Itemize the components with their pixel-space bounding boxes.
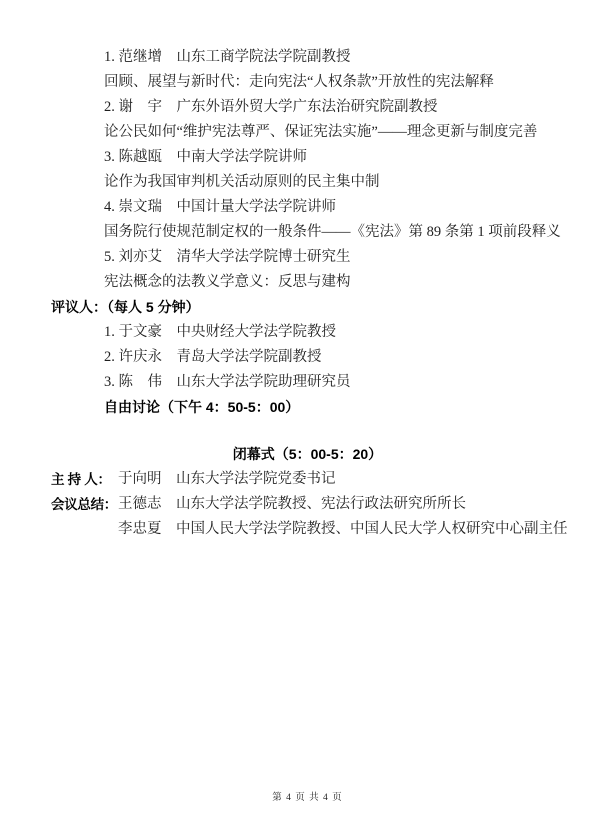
closing-row-text: 王德志 山东大学法学院教授、宪法行政法研究所所长 — [118, 492, 615, 517]
presentation-speaker-line: 3. 陈越瓯 中南大学法学院讲师 — [0, 145, 615, 170]
page-number-footer: 第 4 页 共 4 页 — [0, 792, 615, 804]
presentation-title-line: 宪法概念的法教义学意义：反思与建构 — [0, 270, 615, 295]
closing-row-label: 主 持 人： — [51, 467, 118, 492]
commentator-line: 3. 陈 伟 山东大学法学院助理研究员 — [0, 370, 615, 395]
commentators-heading: 评议人：（每人 5 分钟） — [0, 295, 615, 320]
presentation-title-line: 论作为我国审判机关活动原则的民主集中制 — [0, 170, 615, 195]
presentation-speaker-line: 2. 谢 宇 广东外语外贸大学广东法治研究院副教授 — [0, 95, 615, 120]
closing-row-label — [51, 517, 118, 542]
closing-row-summary-second: 李忠夏 中国人民大学法学院教授、中国人民大学人权研究中心副主任 — [0, 517, 615, 542]
closing-row-text: 于向明 山东大学法学院党委书记 — [118, 467, 615, 492]
closing-row-text: 李忠夏 中国人民大学法学院教授、中国人民大学人权研究中心副主任 — [118, 517, 615, 542]
presentation-title-line: 国务院行使规范制定权的一般条件——《宪法》第 89 条第 1 项前段释义 — [0, 220, 615, 245]
commentator-line: 2. 许庆永 青岛大学法学院副教授 — [0, 345, 615, 370]
closing-row-summary: 会议总结： 王德志 山东大学法学院教授、宪法行政法研究所所长 — [0, 492, 615, 517]
closing-ceremony-heading: 闭幕式（5：00-5：20） — [0, 442, 615, 467]
document-page: 1. 范继增 山东工商学院法学院副教授 回顾、展望与新时代：走向宪法“人权条款”… — [0, 0, 615, 825]
agenda-content: 1. 范继增 山东工商学院法学院副教授 回顾、展望与新时代：走向宪法“人权条款”… — [0, 45, 615, 542]
presentation-title-line: 回顾、展望与新时代：走向宪法“人权条款”开放性的宪法解释 — [0, 70, 615, 95]
presentation-title-line: 论公民如何“维护宪法尊严、保证宪法实施”——理念更新与制度完善 — [0, 120, 615, 145]
closing-row-label: 会议总结： — [51, 492, 118, 517]
closing-row-host: 主 持 人： 于向明 山东大学法学院党委书记 — [0, 467, 615, 492]
presentation-speaker-line: 5. 刘亦艾 清华大学法学院博士研究生 — [0, 245, 615, 270]
presentation-speaker-line: 1. 范继增 山东工商学院法学院副教授 — [0, 45, 615, 70]
commentator-line: 1. 于文豪 中央财经大学法学院教授 — [0, 320, 615, 345]
free-discussion-heading: 自由讨论（下午 4：50-5：00） — [0, 395, 615, 420]
presentation-speaker-line: 4. 崇文瑞 中国计量大学法学院讲师 — [0, 195, 615, 220]
